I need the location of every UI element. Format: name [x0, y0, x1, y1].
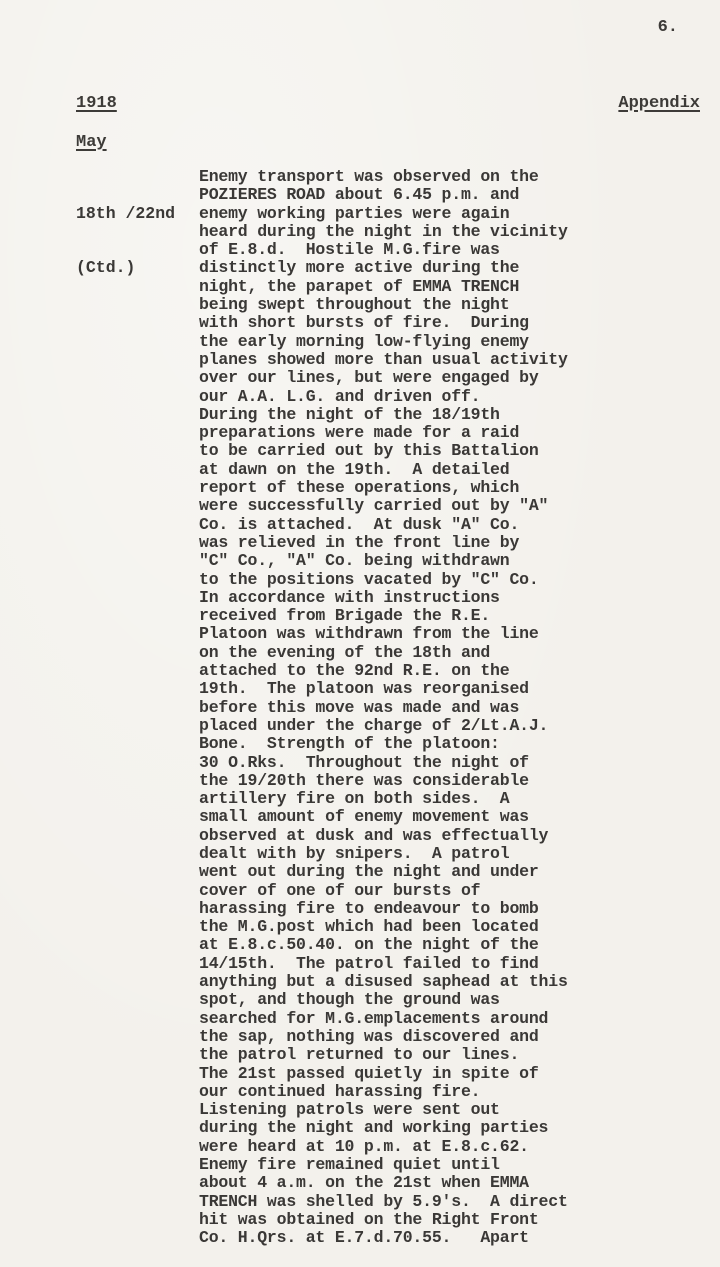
entry-text-line: our A.A. L.G. and driven off. — [199, 388, 568, 406]
entry-text-line: In accordance with instructions — [199, 589, 568, 607]
entry-text-line: were successfully carried out by "A" — [199, 497, 568, 515]
entry-text-line: POZIERES ROAD about 6.45 p.m. and — [199, 186, 568, 204]
entry-text-line: report of these operations, which — [199, 479, 568, 497]
entry-text-line: to be carried out by this Battalion — [199, 442, 568, 460]
entry-text-line: went out during the night and under — [199, 863, 568, 881]
entry-text-line: Bone. Strength of the platoon: — [199, 735, 568, 753]
entry-text-line: spot, and though the ground was — [199, 991, 568, 1009]
entry-text-line: cover of one of our bursts of — [199, 882, 568, 900]
entry-text-line: were heard at 10 p.m. at E.8.c.62. — [199, 1138, 568, 1156]
entry-text-line: was relieved in the front line by — [199, 534, 568, 552]
entry-text-line: placed under the charge of 2/Lt.A.J. — [199, 717, 568, 735]
entry-text-line: attached to the 92nd R.E. on the — [199, 662, 568, 680]
entry-text-line: dealt with by snipers. A patrol — [199, 845, 568, 863]
entry-text-line: During the night of the 18/19th — [199, 406, 568, 424]
entry-text-line: Co. H.Qrs. at E.7.d.70.55. Apart — [199, 1229, 568, 1247]
entry-date: 18th /22nd (Ctd.) — [76, 168, 175, 314]
entry-text-line: with short bursts of fire. During — [199, 314, 568, 332]
entry-text-line: our continued harassing fire. — [199, 1083, 568, 1101]
entry-text-line: anything but a disused saphead at this — [199, 973, 568, 991]
entry-text-line: night, the parapet of EMMA TRENCH — [199, 278, 568, 296]
entry-text-line: "C" Co., "A" Co. being withdrawn — [199, 552, 568, 570]
entry-text-line: being swept throughout the night — [199, 296, 568, 314]
entry-text-line: Enemy transport was observed on the — [199, 168, 568, 186]
entry-text-line: the M.G.post which had been located — [199, 918, 568, 936]
entry-text-line: enemy working parties were again — [199, 205, 568, 223]
entry-text-line: The 21st passed quietly in spite of — [199, 1065, 568, 1083]
entry-text-line: before this move was made and was — [199, 699, 568, 717]
appendix-heading: Appendix — [618, 94, 700, 113]
entry-text-line: 30 O.Rks. Throughout the night of — [199, 754, 568, 772]
entry-text-line: at E.8.c.50.40. on the night of the — [199, 936, 568, 954]
entry-date-range: 18th /22nd — [76, 205, 175, 223]
entry-text-line: hit was obtained on the Right Front — [199, 1211, 568, 1229]
entry-text-line: distinctly more active during the — [199, 259, 568, 277]
entry-text-line: heard during the night in the vicinity — [199, 223, 568, 241]
year-heading: 1918 — [76, 94, 117, 113]
entry-text-line: the early morning low-flying enemy — [199, 333, 568, 351]
entry-text-line: the sap, nothing was discovered and — [199, 1028, 568, 1046]
entry-text-line: to the positions vacated by "C" Co. — [199, 571, 568, 589]
page-number: 6. — [658, 18, 678, 37]
entry-text-line: 14/15th. The patrol failed to find — [199, 955, 568, 973]
entry-date-continued: (Ctd.) — [76, 259, 175, 277]
entry-text-line: searched for M.G.emplacements around — [199, 1010, 568, 1028]
entry-text-line: about 4 a.m. on the 21st when EMMA — [199, 1174, 568, 1192]
entry-text-line: observed at dusk and was effectually — [199, 827, 568, 845]
entry-text-line: Enemy fire remained quiet until — [199, 1156, 568, 1174]
entry-text-line: preparations were made for a raid — [199, 424, 568, 442]
entry-text-line: during the night and working parties — [199, 1119, 568, 1137]
entry-text-line: 19th. The platoon was reorganised — [199, 680, 568, 698]
entry-text-line: over our lines, but were engaged by — [199, 369, 568, 387]
entry-text-line: Listening patrols were sent out — [199, 1101, 568, 1119]
entry-text-line: small amount of enemy movement was — [199, 808, 568, 826]
entry-text-line: Co. is attached. At dusk "A" Co. — [199, 516, 568, 534]
entry-text-line: artillery fire on both sides. A — [199, 790, 568, 808]
document-page: 6. 1918 Appendix May 18th /22nd (Ctd.) E… — [0, 0, 720, 1267]
entry-text-line: the patrol returned to our lines. — [199, 1046, 568, 1064]
entry-text-line: received from Brigade the R.E. — [199, 607, 568, 625]
entry-text-line: TRENCH was shelled by 5.9's. A direct — [199, 1193, 568, 1211]
entry-text-line: on the evening of the 18th and — [199, 644, 568, 662]
entry-text-line: at dawn on the 19th. A detailed — [199, 461, 568, 479]
month-heading: May — [76, 133, 107, 152]
entry-text-line: planes showed more than usual activity — [199, 351, 568, 369]
entry-text-line: harassing fire to endeavour to bomb — [199, 900, 568, 918]
entry-text-line: the 19/20th there was considerable — [199, 772, 568, 790]
entry-text-line: of E.8.d. Hostile M.G.fire was — [199, 241, 568, 259]
entry-text-line: Platoon was withdrawn from the line — [199, 625, 568, 643]
entry-body: Enemy transport was observed on thePOZIE… — [199, 168, 568, 1248]
